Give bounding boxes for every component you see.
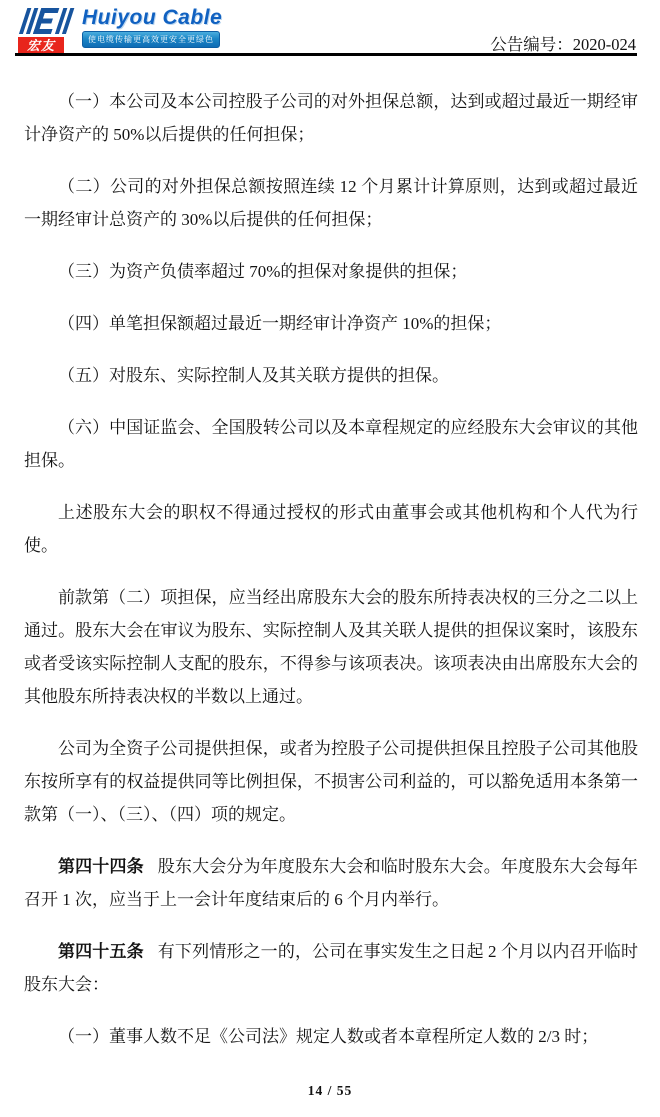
company-logo: 宏友 Huiyou Cable 使电缆传输更高效更安全更绿色 bbox=[18, 6, 222, 54]
paragraph-text: （二）公司的对外担保总额按照连续 12 个月累计计算原则，达到或超过最近一期经审… bbox=[24, 177, 638, 229]
paragraph: 公司为全资子公司提供担保，或者为控股子公司提供担保且控股子公司其他股东按所享有的… bbox=[24, 713, 638, 831]
paragraph: 上述股东大会的职权不得通过授权的形式由董事会或其他机构和个人代为行使。 bbox=[24, 477, 638, 562]
paragraph: （一）董事人数不足《公司法》规定人数或者本章程所定人数的 2/3 时； bbox=[24, 1001, 638, 1053]
cable-logo-icon: 宏友 bbox=[18, 6, 76, 54]
paragraph: 第四十五条有下列情形之一的，公司在事实发生之日起 2 个月以内召开临时股东大会： bbox=[24, 916, 638, 1001]
header-divider bbox=[15, 53, 637, 56]
document-body: （一）本公司及本公司控股子公司的对外担保总额，达到或超过最近一期经审计净资产的 … bbox=[24, 59, 638, 1053]
page-header: 宏友 Huiyou Cable 使电缆传输更高效更安全更绿色 公告编号：2020… bbox=[0, 0, 660, 56]
clause-number: 第四十五条 bbox=[58, 942, 144, 961]
clause-number: 第四十四条 bbox=[58, 857, 144, 876]
paragraph: （一）本公司及本公司控股子公司的对外担保总额，达到或超过最近一期经审计净资产的 … bbox=[24, 59, 638, 151]
brand-english-name: Huiyou Cable bbox=[82, 6, 222, 29]
paragraph-text: （一）本公司及本公司控股子公司的对外担保总额，达到或超过最近一期经审计净资产的 … bbox=[24, 92, 638, 144]
paragraph: （四）单笔担保额超过最近一期经审计净资产 10%的担保； bbox=[24, 288, 638, 340]
paragraph-text: （一）董事人数不足《公司法》规定人数或者本章程所定人数的 2/3 时； bbox=[58, 1027, 598, 1046]
paragraph: （三）为资产负债率超过 70%的担保对象提供的担保； bbox=[24, 236, 638, 288]
paragraph: （五）对股东、实际控制人及其关联方提供的担保。 bbox=[24, 340, 638, 392]
brand-slogan: 使电缆传输更高效更安全更绿色 bbox=[82, 31, 220, 48]
paragraph-text: （五）对股东、实际控制人及其关联方提供的担保。 bbox=[58, 366, 449, 385]
brand-text-column: Huiyou Cable 使电缆传输更高效更安全更绿色 bbox=[82, 6, 222, 48]
paragraph-text: 上述股东大会的职权不得通过授权的形式由董事会或其他机构和个人代为行使。 bbox=[24, 503, 638, 555]
paragraph-text: 前款第（二）项担保，应当经出席股东大会的股东所持表决权的三分之二以上通过。股东大… bbox=[24, 588, 638, 706]
paragraph-text: （六）中国证监会、全国股转公司以及本章程规定的应经股东大会审议的其他担保。 bbox=[24, 418, 638, 470]
paragraph: 第四十四条股东大会分为年度股东大会和临时股东大会。年度股东大会每年召开 1 次，… bbox=[24, 831, 638, 916]
paragraph-text: （三）为资产负债率超过 70%的担保对象提供的担保； bbox=[58, 262, 467, 281]
paragraph-text: （四）单笔担保额超过最近一期经审计净资产 10%的担保； bbox=[58, 314, 501, 333]
paragraph: （二）公司的对外担保总额按照连续 12 个月累计计算原则，达到或超过最近一期经审… bbox=[24, 151, 638, 236]
announcement-number: 公告编号：2020-024 bbox=[490, 31, 636, 55]
document-page: 宏友 Huiyou Cable 使电缆传输更高效更安全更绿色 公告编号：2020… bbox=[0, 0, 660, 1117]
paragraph: （六）中国证监会、全国股转公司以及本章程规定的应经股东大会审议的其他担保。 bbox=[24, 392, 638, 477]
page-number: 14 / 55 bbox=[0, 1083, 660, 1099]
paragraph: 前款第（二）项担保，应当经出席股东大会的股东所持表决权的三分之二以上通过。股东大… bbox=[24, 562, 638, 713]
paragraph-text: 公司为全资子公司提供担保，或者为控股子公司提供担保且控股子公司其他股东按所享有的… bbox=[24, 739, 638, 824]
brand-chinese-name: 宏友 bbox=[18, 37, 64, 54]
